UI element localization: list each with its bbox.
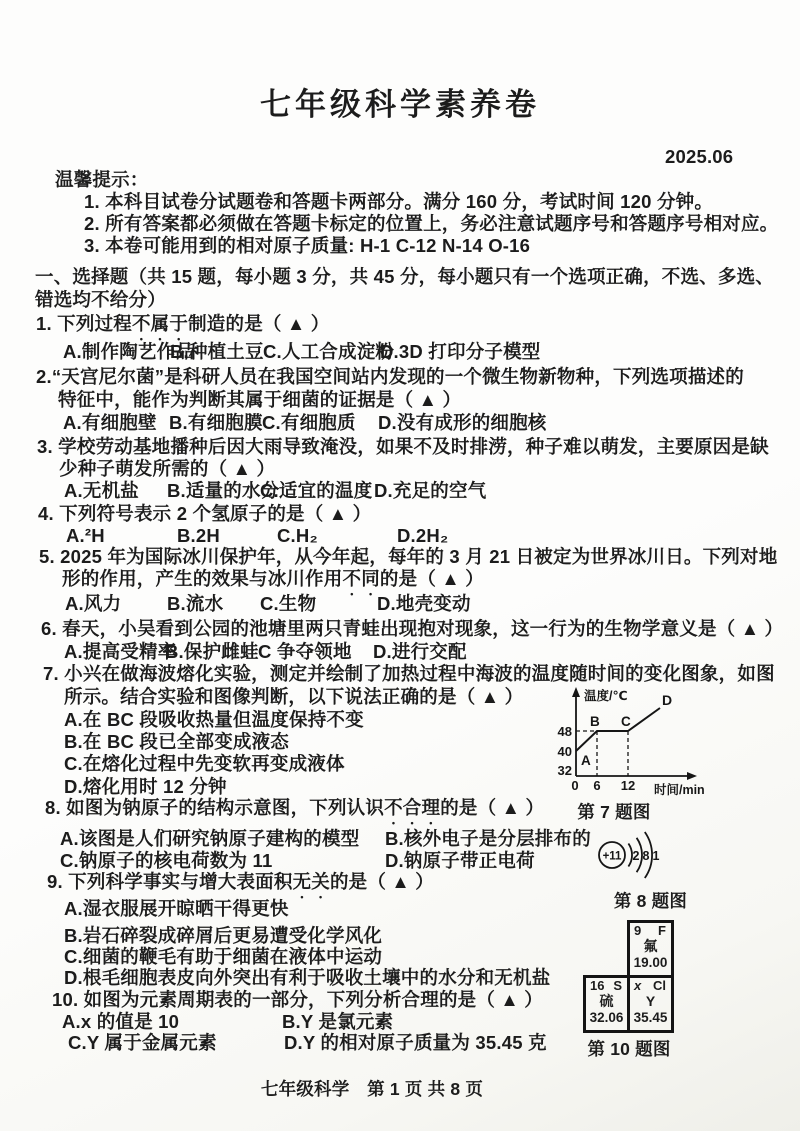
x-tick-0: 0: [571, 778, 578, 793]
atomic-mass-S: 32.06: [586, 1010, 627, 1026]
element-cell-sulfur: 16 S 硫 32.06: [583, 975, 630, 1033]
element-name-S: 硫: [586, 993, 627, 1010]
option-5A: A.风力: [65, 593, 121, 615]
section-heading-line2: 错选均不给分）: [35, 289, 166, 311]
question-stem-1: 1. 下列过程不属于制造的是（ ▲ ）: [36, 313, 329, 344]
option-4C: C.H₂: [277, 525, 318, 547]
option-2C: C.有细胞质: [262, 412, 356, 434]
notice-item: 2. 所有答案都必须做在答题卡标定的位置上，务必注意试题序号和答题序号相对应。: [84, 213, 778, 235]
option-6C: C 争夺领地: [258, 641, 352, 663]
option-7D: D.熔化用时 12 分钟: [64, 776, 227, 798]
element-symbol-S: S: [613, 979, 622, 993]
atomic-mass-Cl: 35.45: [630, 1010, 671, 1026]
option-4D: D.2H₂: [397, 525, 448, 547]
question-stem-8: 8. 如图为钠原子的结构示意图，下列认识不合理的是（ ▲ ）: [45, 797, 544, 828]
section-heading-line1: 一、选择题（共 15 题，每小题 3 分，共 45 分，每小题只有一个选项正确，…: [35, 266, 774, 288]
sodium-atom-figure: +11 2 8 1: [596, 820, 708, 890]
x-tick-12: 12: [621, 778, 635, 793]
option-7A: A.在 BC 段吸收热量但温度保持不变: [64, 709, 364, 731]
element-symbol-F: F: [658, 924, 666, 938]
question-stem-6: 6. 春天，小吴看到公园的池塘里两只青蛙出现抱对现象，这一行为的生物学意义是（ …: [41, 618, 783, 640]
periodic-table-figure: 9 F 氟 19.00 16 S 硫 32.06 x Cl Y 35.45: [583, 920, 675, 1034]
option-5D: D.地壳变动: [377, 593, 471, 615]
question-stem-3-line2: 少种子萌发所需的（ ▲ ）: [59, 458, 275, 480]
notice-item: 3. 本卷可能用到的相对原子质量: H-1 C-12 N-14 O-16: [84, 235, 530, 257]
option-3A: A.无机盐: [64, 480, 139, 502]
figure-caption-q8: 第 8 题图: [598, 890, 703, 912]
option-10D: D.Y 的相对原子质量为 35.45 克: [284, 1032, 547, 1054]
element-name-F: 氟: [630, 938, 671, 955]
option-10A: A.x 的值是 10: [62, 1011, 179, 1033]
question-stem-7-line1: 7. 小兴在做海波熔化实验，测定并绘制了加热过程中海波的温度随时间的变化图象，如…: [43, 663, 775, 685]
y-axis-label: 温度/℃: [584, 688, 628, 703]
element-cell-fluorine: 9 F 氟 19.00: [627, 920, 674, 978]
page-title: 七年级科学素养卷: [0, 94, 800, 116]
point-label-C: C: [621, 714, 631, 729]
x-tick-6: 6: [593, 778, 600, 793]
sodium-atom-svg: +11 2 8 1: [596, 820, 708, 890]
atomic-mass-F: 19.00: [630, 955, 671, 971]
option-5B: B.流水: [167, 593, 223, 615]
option-8A: A.该图是人们研究钠原子建构的模型: [60, 828, 359, 850]
option-1D: D.3D 打印分子模型: [380, 341, 541, 363]
question-stem-3-line1: 3. 学校劳动基地播种后因大雨导致淹没，如果不及时排涝，种子难以萌发，主要原因是…: [37, 436, 769, 458]
option-2A: A.有细胞壁: [63, 412, 157, 434]
option-8D: D.钠原子带正电荷: [385, 850, 535, 872]
option-6B: B.保护雌蛙: [165, 641, 259, 663]
option-2B: B.有细胞膜: [169, 412, 263, 434]
element-name-Y: Y: [630, 993, 671, 1010]
shell-count-3: 1: [653, 849, 660, 863]
option-3D: D.充足的空气: [374, 480, 486, 502]
temperature-curve: [576, 708, 660, 751]
question-stem-7-line2: 所示。结合实验和图像判断，以下说法正确的是（ ▲ ）: [64, 686, 523, 708]
question-stem-4: 4. 下列符号表示 2 个氢原子的是（ ▲ ）: [38, 503, 371, 525]
question-stem-2-line1: 2.“天宫尼尔菌”是科研人员在我国空间站内发现的一个微生物新物种，下列选项描述的: [36, 366, 744, 388]
option-7B: B.在 BC 段已全部变成液态: [64, 731, 289, 753]
option-10C: C.Y 属于金属元素: [68, 1032, 217, 1054]
y-axis-arrow: [572, 687, 580, 697]
page-footer: 七年级科学 第 1 页 共 8 页: [0, 1078, 744, 1100]
y-tick-40: 40: [558, 744, 572, 759]
question-stem-2-line2: 特征中，能作为判断其属于细菌的证据是（ ▲ ）: [58, 389, 461, 411]
notice-item: 1. 本科目试卷分试题卷和答题卡两部分。满分 160 分，考试时间 120 分钟…: [84, 191, 713, 213]
option-5C: C.生物: [260, 593, 316, 615]
option-4A: A.²H: [66, 525, 105, 547]
exam-date: 2025.06: [665, 146, 733, 168]
option-9B: B.岩石碎裂成碎屑后更易遭受化学风化: [64, 925, 382, 947]
point-label-B: B: [590, 714, 600, 729]
electron-shell-1: [628, 844, 632, 867]
figure-caption-q10: 第 10 题图: [583, 1038, 675, 1060]
element-cell-chlorine: x Cl Y 35.45: [627, 975, 674, 1033]
notice-label: 温馨提示：: [55, 169, 149, 191]
option-10B: B.Y 是氯元素: [282, 1011, 393, 1033]
atomic-number-x: x: [634, 979, 641, 993]
option-3C: C.适宜的温度: [260, 480, 372, 502]
y-tick-32: 32: [558, 763, 572, 778]
atomic-number-F: 9: [634, 924, 641, 938]
question-stem-10: 10. 如图为元素周期表的一部分，下列分析合理的是（ ▲ ）: [52, 989, 543, 1011]
option-8B: B.核外电子是分层排布的: [385, 828, 591, 850]
option-1B: B.种植土豆: [170, 341, 264, 363]
question-stem-5-line1: 5. 2025 年为国际冰川保护年，从今年起，每年的 3 月 21 日被定为世界…: [39, 546, 777, 568]
option-4B: B.2H: [177, 525, 220, 547]
melting-curve-svg: 温度/℃ 时间/min 48 40 32 0 6 12 A B C D: [550, 686, 765, 804]
shell-count-2: 8: [643, 849, 650, 863]
option-9C: C.细菌的鞭毛有助于细菌在液体中运动: [64, 946, 382, 968]
option-7C: C.在熔化过程中先变软再变成液体: [64, 753, 345, 775]
option-9D: D.根毛细胞表皮向外突出有利于吸收土壤中的水分和无机盐: [64, 967, 550, 989]
exam-page: 七年级科学素养卷 2025.06 温馨提示： 1. 本科目试卷分试题卷和答题卡两…: [0, 0, 800, 1131]
x-axis-label: 时间/min: [654, 782, 705, 797]
option-6D: D.进行交配: [373, 641, 467, 663]
shell-count-1: 2: [633, 849, 640, 863]
point-label-D: D: [662, 692, 672, 708]
point-label-A: A: [581, 753, 591, 768]
option-9A: A.湿衣服展开晾晒干得更快: [64, 898, 289, 920]
option-1C: C.人工合成淀粉: [263, 341, 394, 363]
option-2D: D.没有成形的细胞核: [378, 412, 547, 434]
y-tick-48: 48: [558, 724, 572, 739]
x-axis-arrow: [687, 772, 697, 780]
element-symbol-Cl: Cl: [653, 979, 666, 993]
option-6A: A.提高受精率: [64, 641, 176, 663]
melting-curve-figure: 温度/℃ 时间/min 48 40 32 0 6 12 A B C D: [550, 686, 765, 804]
nucleus-charge: +11: [603, 851, 622, 863]
option-8C: C.钠原子的核电荷数为 11: [60, 850, 273, 872]
atomic-number-S: 16: [590, 979, 604, 993]
